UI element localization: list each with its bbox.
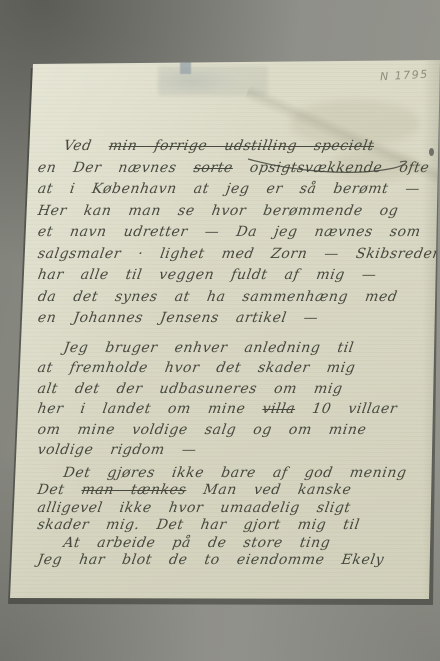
manuscript-line: at fremholde hvor det skader mig xyxy=(36,358,435,379)
manuscript-line: Her kan man se hvor berømmende og xyxy=(36,201,435,223)
manuscript-line: at i København at jeg er så berømt — xyxy=(36,179,435,201)
faded-stamp xyxy=(158,66,268,96)
ink-text: At arbeide på de store ting xyxy=(62,535,331,551)
ink-text: voldige rigdom — xyxy=(36,442,197,458)
manuscript-line: om mine voldige salg og om mine xyxy=(36,420,435,441)
manuscript-paragraph: Ved min forrige udstilling specielten De… xyxy=(36,136,432,330)
ink-text: Det gjøres ikke bare af god mening xyxy=(62,465,408,481)
manuscript-line: At arbeide på de store ting xyxy=(36,535,435,553)
manuscript-line: et navn udretter — Da jeg nævnes som xyxy=(36,222,435,244)
ink-text: Man ved kanske xyxy=(185,482,353,498)
struck-text: min forrige udstilling specielt xyxy=(107,138,375,154)
manuscript-line: voldige rigdom — xyxy=(36,440,435,461)
manuscript-line: Ved min forrige udstilling specielt xyxy=(36,136,435,158)
manuscript-line: Det man tænkes Man ved kanske xyxy=(36,482,435,500)
blue-edge-mark xyxy=(180,58,191,74)
manuscript-line: Det gjøres ikke bare af god mening xyxy=(36,465,435,483)
ink-text: her i landet om mine xyxy=(36,401,263,417)
ink-text: 10 villaer xyxy=(294,401,399,417)
struck-text: man tænkes xyxy=(80,482,187,498)
archive-number: N 1795 xyxy=(380,68,429,84)
handwritten-text: Ved min forrige udstilling specielten De… xyxy=(36,136,432,570)
manuscript-line: alt det der udbasuneres om mig xyxy=(36,379,435,400)
manuscript-line: Jeg har blot de to eiendomme Ekely xyxy=(36,552,435,570)
manuscript-paragraph: Jeg bruger enhver anledning tilat fremho… xyxy=(36,338,432,461)
manuscript-paper: N 1795 Ved min forrige udstilling specie… xyxy=(0,0,440,661)
ink-text: en Johannes Jensens artikel — xyxy=(37,310,320,326)
manuscript-line: skader mig. Det har gjort mig til xyxy=(36,517,435,535)
ink-text: har alle til veggen fuldt af mig — xyxy=(37,267,378,283)
ink-text: Det xyxy=(36,482,83,498)
ink-text: et navn udretter — Da jeg nævnes som xyxy=(37,224,422,240)
manuscript-line: da det synes at ha sammenhæng med xyxy=(36,287,435,309)
ink-text: om mine voldige salg og om mine xyxy=(36,422,367,438)
ink-text: alt det der udbasuneres om mig xyxy=(36,381,343,397)
ink-text: Ved xyxy=(63,138,110,154)
ink-text: alligevel ikke hvor umaadelig sligt xyxy=(36,500,352,516)
manuscript-line: her i landet om mine villa 10 villaer xyxy=(36,399,435,420)
photo-background: N 1795 Ved min forrige udstilling specie… xyxy=(0,0,440,661)
ink-text: Jeg har blot de to eiendomme Ekely xyxy=(36,552,385,568)
ink-text: en Der nævnes xyxy=(37,160,195,176)
ink-text: salgsmaler · lighet med Zorn — Skibsrede… xyxy=(37,246,440,262)
manuscript-line: Jeg bruger enhver anledning til xyxy=(36,338,435,359)
manuscript-line: en Johannes Jensens artikel — xyxy=(36,308,435,330)
ink-text: da det synes at ha sammenhæng med xyxy=(37,289,399,305)
ink-text: Her kan man se hvor berømmende og xyxy=(37,203,400,219)
ink-text: opsigtsvækkende ofte xyxy=(232,160,431,176)
ink-text: skader mig. Det har gjort mig til xyxy=(36,517,361,533)
manuscript-line: har alle til veggen fuldt af mig — xyxy=(36,265,435,287)
struck-text: sorte xyxy=(192,160,234,176)
ink-text: at i København at jeg er så berømt — xyxy=(37,181,422,197)
manuscript-line: en Der nævnes sorte opsigtsvækkende ofte xyxy=(36,158,435,180)
struck-text: villa xyxy=(261,401,296,417)
ink-text: Jeg bruger enhver anledning til xyxy=(62,340,355,356)
manuscript-paragraph: Det gjøres ikke bare af god meningDet ma… xyxy=(36,465,432,570)
ink-text: at fremholde hvor det skader mig xyxy=(36,360,356,376)
manuscript-line: alligevel ikke hvor umaadelig sligt xyxy=(36,500,435,518)
manuscript-line: salgsmaler · lighet med Zorn — Skibsrede… xyxy=(36,244,435,266)
